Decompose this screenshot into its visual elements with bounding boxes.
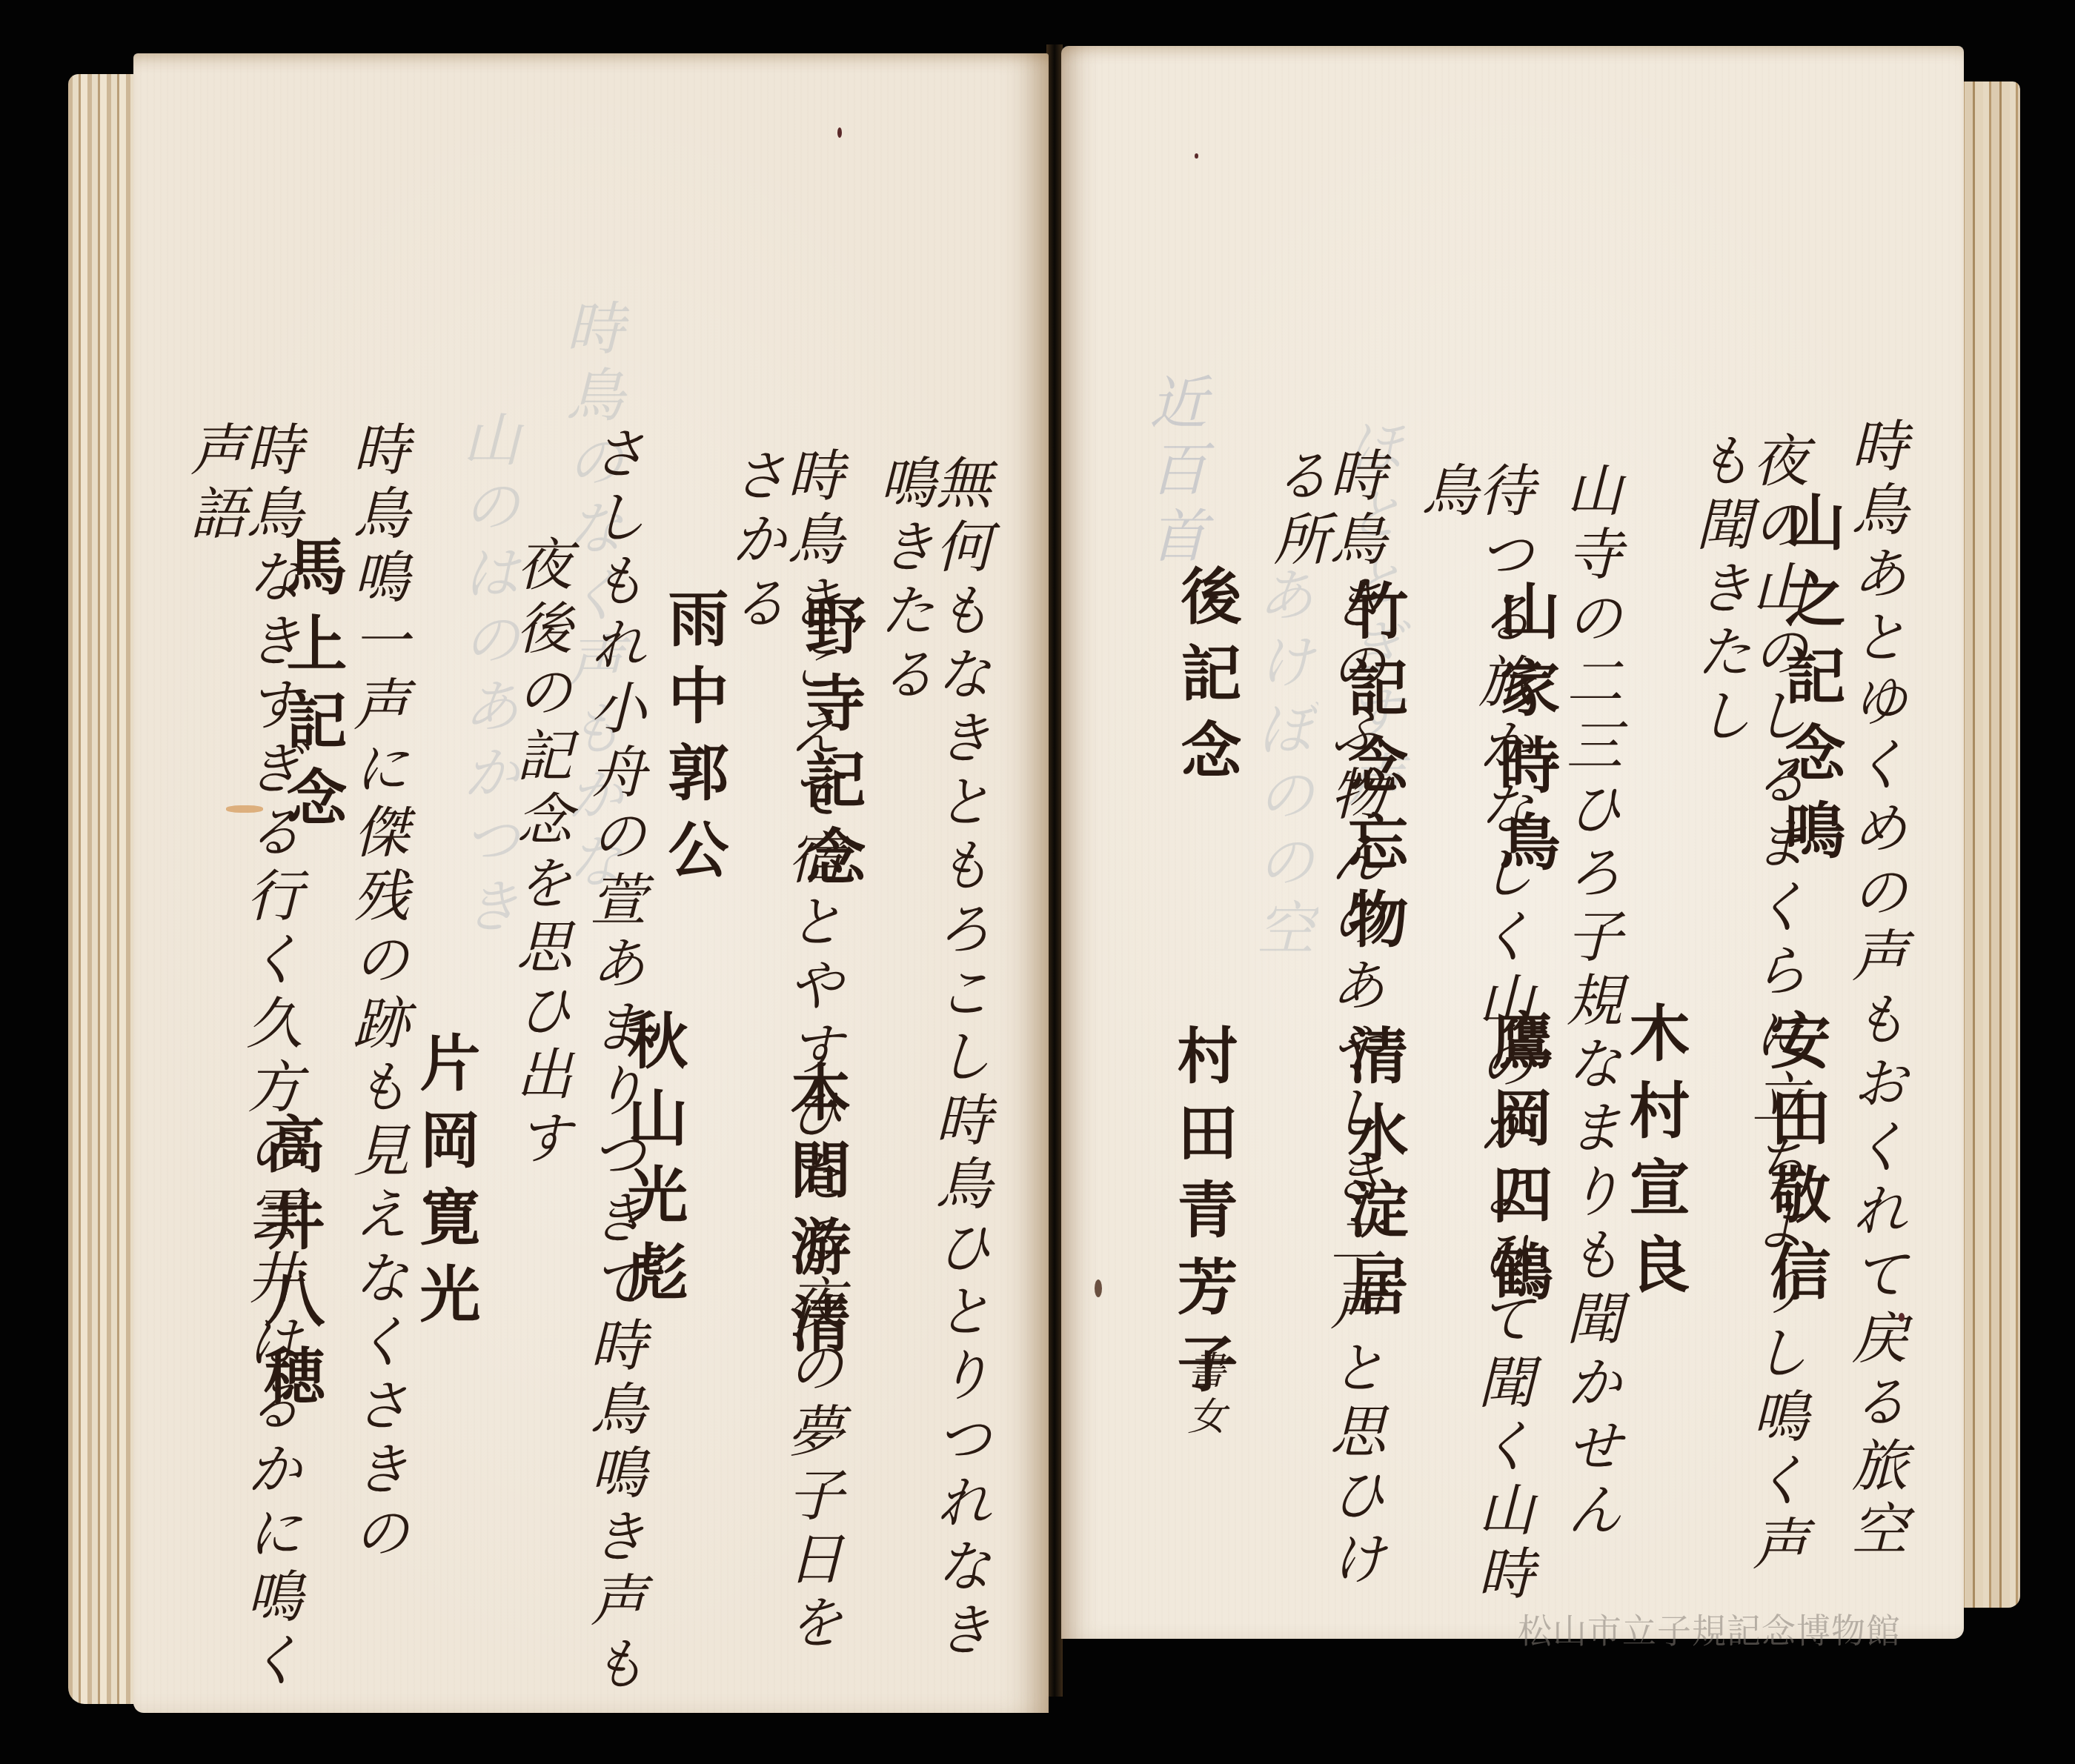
verse-column: 時鳥きのふ物んのあやしき二声と思ひける所 [1269,446,1381,1639]
open-book: 時鳥のなく声もかな 山のはのあかつき 無何もなきともろこし時鳥ひとりつれなき鳴き… [0,0,2075,1764]
verse-column: 無何もなきともろこし時鳥ひとりつれなき鳴きたる [874,453,987,1713]
verse-column: 時鳥きこえて宿とやすひたる夜の夢子日をさかる [726,446,839,1713]
paper-speck [1195,153,1198,159]
left-fore-edge [68,74,142,1704]
verse-column: 山寺の二三ひろ子規なまりも聞かせん [1561,461,1618,1544]
ink-stain [226,805,263,813]
book-gutter [1046,44,1063,1697]
verse-column: 時鳥あとゆくめの声もおくれて戻る旅空 [1847,416,1903,1563]
verse-column: 時鳥鳴一声に傑残の跡も見えなくさきの [348,420,405,1567]
verse-column: さしもれ小舟の萱あまりつきて時鳥鳴き声も [585,424,642,1698]
verse-column: 夜の山のしるまくらに立ちよりし鳴く声も聞きたし [1691,431,1804,1639]
museum-watermark: 松山市立子規記念博物館 [1518,1604,1901,1653]
author-name: 木村宣良 [1624,1002,1685,1310]
paper-speck [1899,1313,1905,1322]
note-column: 雨中郭公 [663,587,724,895]
left-page: 時鳥のなく声もかな 山のはのあかつき 無何もなきともろこし時鳥ひとりつれなき鳴き… [133,53,1049,1713]
right-fore-edge [1956,81,2020,1608]
note-column: 後記念 [1176,565,1237,796]
bleed-through-text: 近百首 [1132,372,1215,572]
paper-speck [837,127,842,138]
annotation: 書女 [1183,1350,1222,1442]
paper-speck [1095,1279,1102,1297]
author-name: 片岡寛光 [415,1031,476,1339]
verse-column: 待つる旅かなしく山のかよひて聞く山時鳥 [1417,461,1530,1639]
right-page: 近百首 ほととぎす声 あけぼのの空 時鳥あとゆくめの声もおくれて戻る旅空 山之記… [1061,46,1964,1639]
note-column: 夜後の記念を思ひ出す [511,535,568,1172]
verse-column: 時鳥なきすぎる行く久方の雲井はるかに鳴く声語 [185,420,298,1713]
